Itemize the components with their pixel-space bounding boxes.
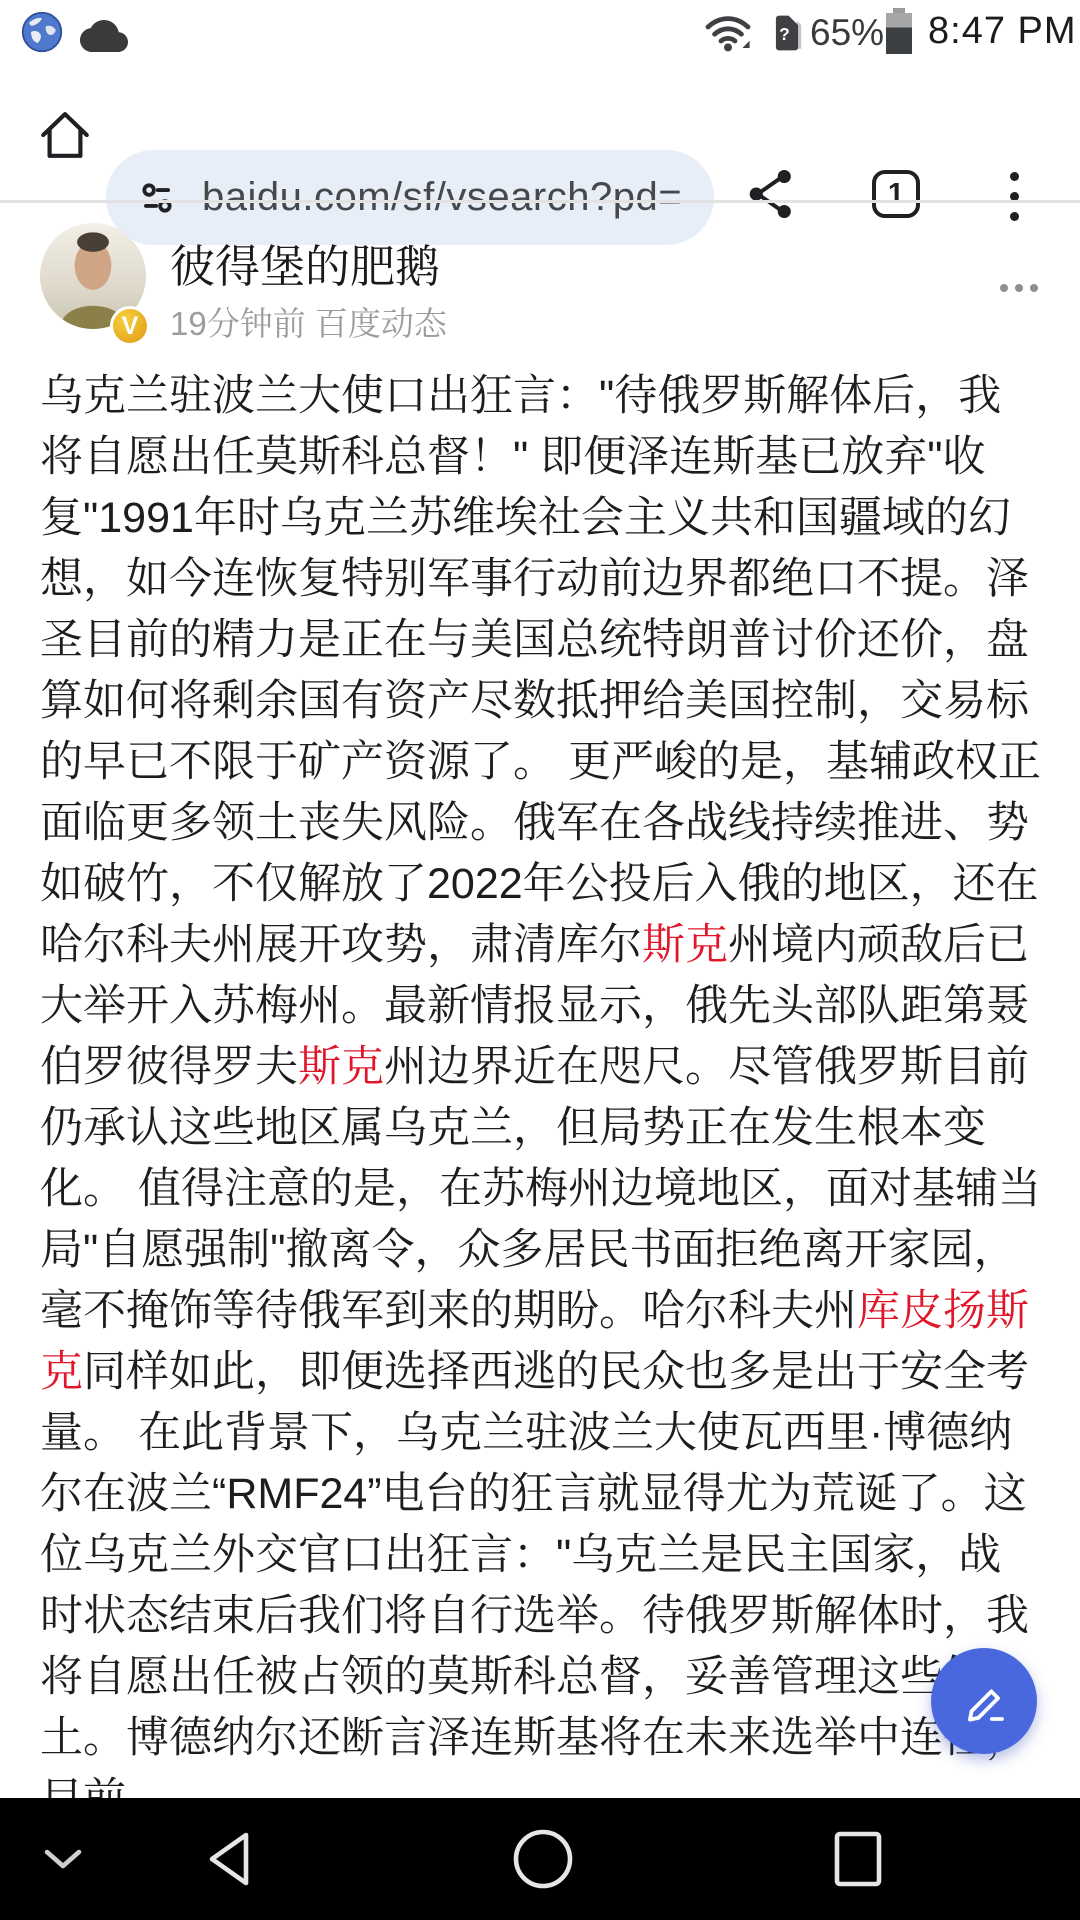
browser-toolbar: baidu.com/sf/vsearch?pd= 1 (0, 62, 1080, 200)
url-text: baidu.com/sf/vsearch?pd= (202, 175, 682, 220)
overflow-menu-icon[interactable] (1010, 172, 1019, 221)
highlighted-keyword: 斯克 (298, 1043, 384, 1091)
cloud-icon (80, 18, 128, 52)
back-icon[interactable] (196, 1798, 260, 1920)
home-icon[interactable] (36, 106, 94, 164)
more-options-icon[interactable] (1000, 284, 1038, 292)
verified-badge-letter: V (122, 312, 139, 341)
home-circle-icon[interactable] (511, 1798, 575, 1920)
battery-percent-label: 65% (810, 12, 884, 54)
tune-icon (138, 179, 176, 217)
sim-question-mark: ? (779, 24, 790, 44)
browser-globe-icon (20, 10, 64, 54)
compose-pencil-icon (957, 1674, 1011, 1728)
verified-badge: V (110, 306, 150, 346)
recents-square-icon[interactable] (828, 1798, 888, 1920)
compose-fab[interactable] (931, 1648, 1037, 1754)
screen: { "status_bar": { "time": "8:47 PM", "ba… (0, 0, 1080, 1920)
author-name[interactable]: 彼得堡的肥鹅 (170, 230, 440, 295)
wifi-icon (703, 13, 753, 53)
post-body-text: 乌克兰驻波兰大使口出狂言："待俄罗斯解体后，我将自愿出任莫斯科总督！" 即便泽连… (40, 366, 1042, 1830)
status-bar: ? 65% 8:47 PM (0, 0, 1080, 62)
toolbar-divider (0, 200, 1080, 203)
android-nav-bar (0, 1798, 1080, 1920)
clock-label: 8:47 PM (928, 10, 1077, 53)
highlighted-keyword: 斯克 (642, 921, 728, 969)
share-icon[interactable] (744, 166, 800, 222)
no-sim-icon: ? (770, 14, 804, 52)
hide-navbar-chevron-icon[interactable] (33, 1798, 93, 1920)
tab-switcher-button[interactable]: 1 (872, 170, 920, 218)
battery-icon (886, 8, 912, 54)
tab-count: 1 (888, 178, 904, 211)
post-meta: 19分钟前 百度动态 (170, 298, 447, 345)
